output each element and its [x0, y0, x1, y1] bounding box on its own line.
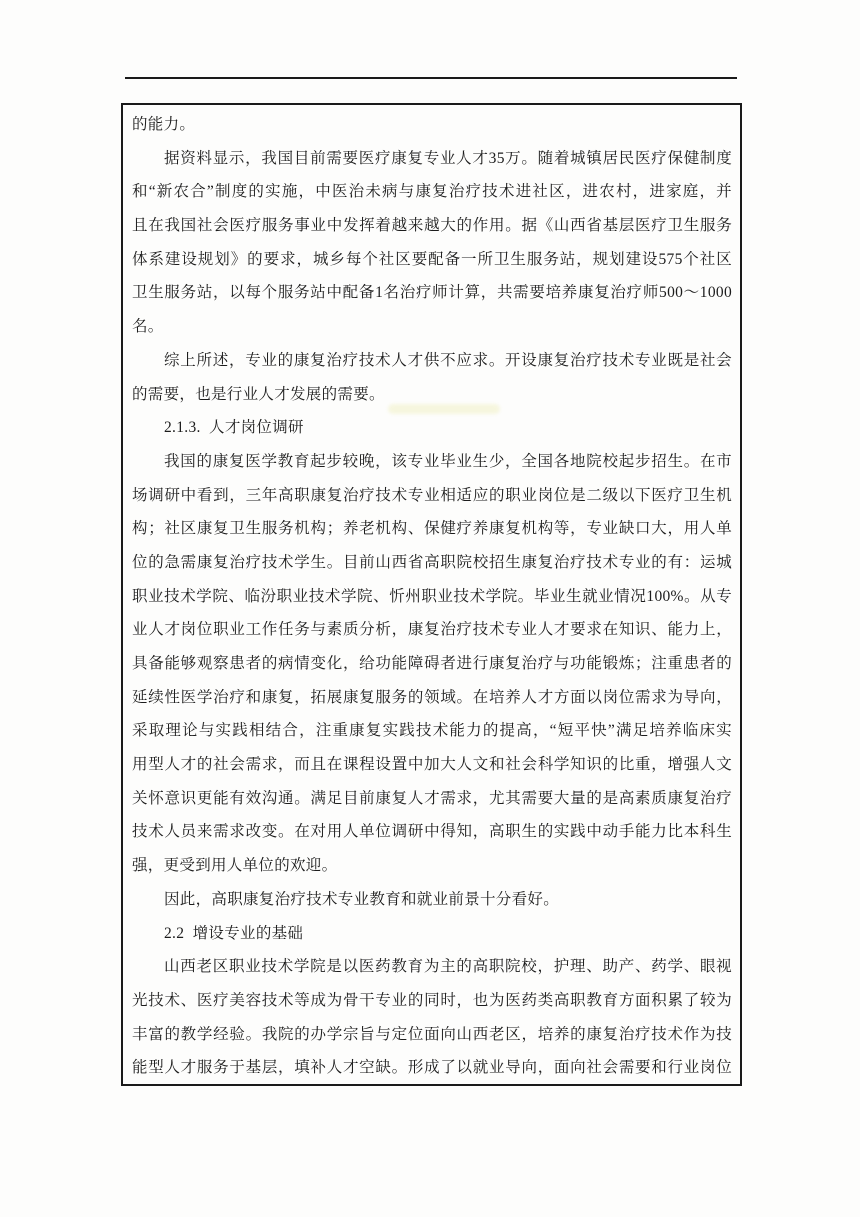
text-line: 2.2 增设专业的基础	[132, 917, 732, 951]
text-line: 用型人才的社会需求，而且在课程设置中加大人文和社会科学知识的比重，增强人文	[132, 748, 732, 782]
text-line: 采取理论与实践相结合，注重康复实践技术能力的提高，“短平快”满足培养临床实	[132, 714, 732, 748]
text-line: 位的急需康复治疗技术学生。目前山西省高职院校招生康复治疗技术专业的有：运城	[132, 546, 732, 580]
text-line: 丰富的教学经验。我院的办学宗旨与定位面向山西老区，培养的康复治疗技术作为技	[132, 1018, 732, 1052]
text-line: 关怀意识更能有效沟通。满足目前康复人才需求，尤其需要大量的是高素质康复治疗	[132, 782, 732, 816]
text-line: 因此，高职康复治疗技术专业教育和就业前景十分看好。	[132, 883, 732, 917]
text-line: 和“新农合”制度的实施，中医治未病与康复治疗技术进社区，进农村，进家庭，并	[132, 175, 732, 209]
text-line: 名。	[132, 310, 732, 344]
text-line: 强，更受到用人单位的欢迎。	[132, 849, 732, 883]
text-line: 山西老区职业技术学院是以医药教育为主的高职院校，护理、助产、药学、眼视	[132, 950, 732, 984]
text-line: 具备能够观察患者的病情变化，给功能障碍者进行康复治疗与功能锻炼；注重患者的	[132, 647, 732, 681]
document-page: { "page": { "background": "#fdfdfc", "te…	[0, 0, 860, 1217]
text-line: 据资料显示，我国目前需要医疗康复专业人才35万。随着城镇居民医疗保健制度	[132, 142, 732, 176]
header-separator-line	[125, 77, 737, 79]
text-line: 业人才岗位职业工作任务与素质分析，康复治疗技术专业人才要求在知识、能力上，	[132, 613, 732, 647]
text-line: 场调研中看到，三年高职康复治疗技术专业相适应的职业岗位是二级以下医疗卫生机	[132, 479, 732, 513]
text-line: 且在我国社会医疗服务事业中发挥着越来越大的作用。据《山西省基层医疗卫生服务	[132, 209, 732, 243]
text-line: 的能力。	[132, 108, 732, 142]
document-lines: 的能力。据资料显示，我国目前需要医疗康复专业人才35万。随着城镇居民医疗保健制度…	[132, 108, 732, 1084]
text-line: 综上所述，专业的康复治疗技术人才供不应求。开设康复治疗技术专业既是社会	[132, 344, 732, 378]
text-line: 光技术、医疗美容技术等成为骨干专业的同时，也为医药类高职教育方面积累了较为	[132, 984, 732, 1018]
text-line: 2.1.3. 人才岗位调研	[132, 411, 732, 445]
text-line: 我国的康复医学教育起步较晚，该专业毕业生少，全国各地院校起步招生。在市	[132, 445, 732, 479]
text-line: 体系建设规划》的要求，城乡每个社区要配备一所卫生服务站，规划建设575个社区	[132, 243, 732, 277]
highlight-mark	[388, 404, 500, 414]
document-table-cell[interactable]: 的能力。据资料显示，我国目前需要医疗康复专业人才35万。随着城镇居民医疗保健制度…	[121, 103, 742, 1086]
text-line: 卫生服务站，以每个服务站中配备1名治疗师计算，共需要培养康复治疗师500～100…	[132, 276, 732, 310]
text-line: 技术人员来需求改变。在对用人单位调研中得知，高职生的实践中动手能力比本科生	[132, 815, 732, 849]
text-line: 能型人才服务于基层，填补人才空缺。形成了以就业导向，面向社会需要和行业岗位	[132, 1051, 732, 1084]
text-line: 延续性医学治疗和康复，拓展康复服务的领域。在培养人才方面以岗位需求为导向，	[132, 681, 732, 715]
text-line: 构；社区康复卫生服务机构；养老机构、保健疗养康复机构等，专业缺口大，用人单	[132, 512, 732, 546]
text-line: 职业技术学院、临汾职业技术学院、忻州职业技术学院。毕业生就业情况100%。从专	[132, 580, 732, 614]
